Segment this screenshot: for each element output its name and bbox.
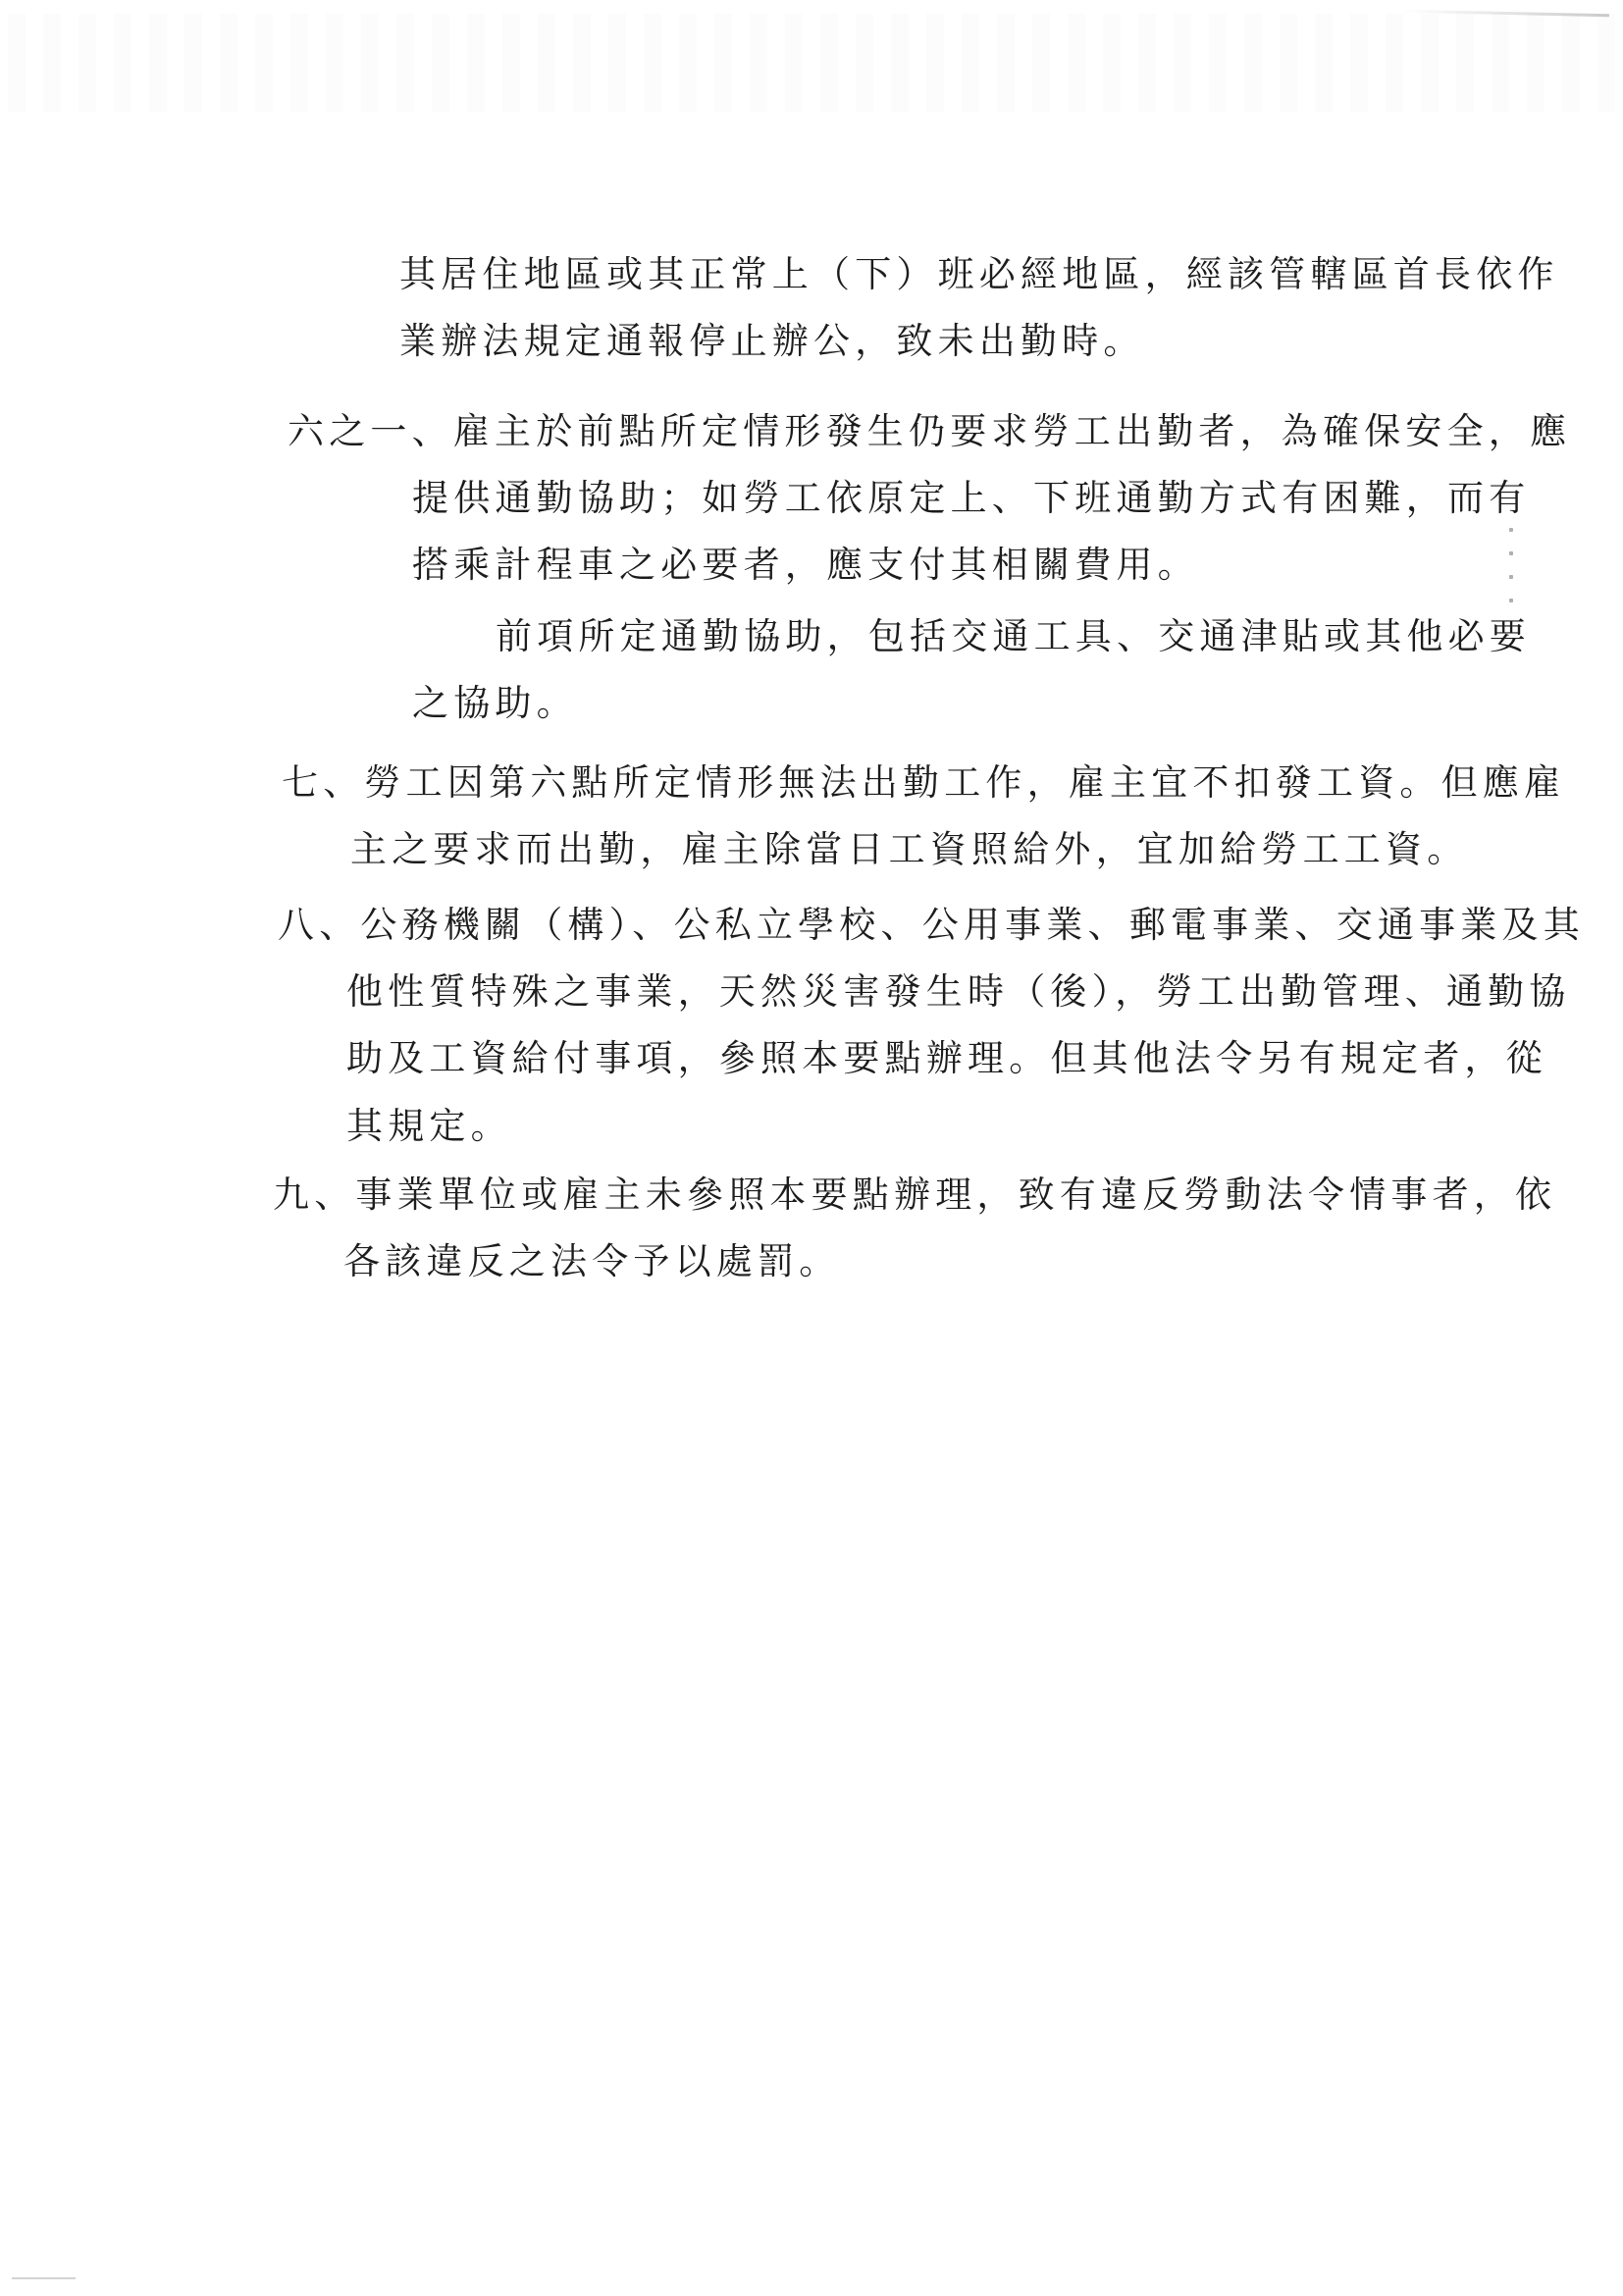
binding-mark [1509,528,1513,532]
text-line: 其居住地區或其正常上（下）班必經地區，經該管轄區首長依作 [399,253,1559,296]
margin-binding-marks [1505,528,1517,622]
scan-artifact-bottom [12,2277,76,2279]
item-heading-line: 六之一、雇主於前點所定情形發生仍要求勞工出勤者，為確保安全，應 [288,410,1571,453]
item-heading-line: 七、勞工因第六點所定情形無法出勤工作，雇主宜不扣發工資。但應雇 [282,761,1565,805]
item-heading-line: 八、公務機關（構）、公私立學校、公用事業、郵電事業、交通事業及其 [278,904,1585,947]
binding-mark [1509,599,1513,602]
text-line: 業辦法規定通報停止辦公，致未出勤時。 [399,320,1145,363]
binding-mark [1509,551,1513,555]
item-heading-line: 九、事業單位或雇主未參照本要點辦理，致有違反勞動法令情事者，依 [273,1174,1556,1217]
text-line: 搭乘計程車之必要者，應支付其相關費用。 [412,544,1199,587]
text-line: 之協助。 [412,682,578,725]
binding-mark [1509,575,1513,579]
text-line: 主之要求而出勤，雇主除當日工資照給外，宜加給勞工工資。 [350,828,1468,871]
paragraph-first-line: 前項所定通勤協助，包括交通工具、交通津貼或其他必要 [496,615,1531,658]
text-line: 各該違反之法令予以處罰。 [343,1240,840,1283]
text-line: 提供通勤協助；如勞工依原定上、下班通勤方式有困難，而有 [412,477,1530,520]
document-page: 其居住地區或其正常上（下）班必經地區，經該管轄區首長依作 業辦法規定通報停止辦公… [0,0,1623,2296]
scan-bleed-through [8,14,1617,112]
text-line: 助及工資給付事項，參照本要點辦理。但其他法令另有規定者，從 [346,1037,1547,1080]
text-line: 他性質特殊之事業，天然災害發生時（後），勞工出勤管理、通勤協 [346,970,1571,1014]
text-line: 其規定。 [346,1105,512,1148]
